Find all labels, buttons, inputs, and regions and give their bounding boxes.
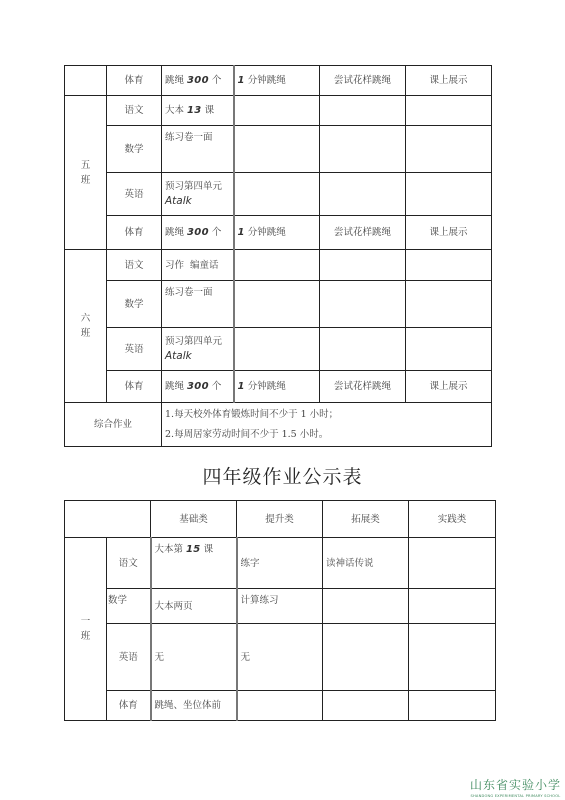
comprehensive-content: 1.每天校外体育锻炼时间不少于 1 小时； 2.每周居家劳动时间不少于 1.5 …	[162, 403, 492, 447]
table-row-class5-chinese: 五 班 语文 大本 13 课	[65, 96, 492, 126]
basic-cell: 预习第四单元 Atalk	[162, 173, 234, 216]
subject-cell: 英语	[107, 328, 162, 371]
table-row-class1-chinese: 一 班 语文 大本第 15 课 练字 读神话传说	[65, 538, 496, 589]
subject-cell: 数学	[107, 281, 162, 328]
basic-cell: 练习卷一面	[162, 281, 234, 328]
extend-cell	[323, 589, 409, 624]
improve-cell	[237, 691, 323, 721]
improve-cell: 1 分钟跳绳	[234, 66, 320, 96]
basic-cell: 跳绳 300 个	[162, 216, 234, 250]
school-logo-subtitle: SHANDONG EXPERIMENTAL PRIMARY SCHOOL	[468, 794, 563, 798]
subject-cell: 体育	[107, 371, 162, 403]
practice-cell	[406, 281, 492, 328]
subject-cell: 数学	[107, 589, 151, 624]
improve-cell: 1 分钟跳绳	[234, 371, 320, 403]
table-header-row: 基础类 提升类 拓展类 实践类	[65, 501, 496, 538]
improve-cell: 无	[237, 624, 323, 691]
practice-cell	[409, 538, 496, 589]
header-extend: 拓展类	[323, 501, 409, 538]
table-row-class5-math: 数学 练习卷一面	[65, 126, 492, 173]
basic-cell: 跳绳 300 个	[162, 371, 234, 403]
improve-cell: 练字	[237, 538, 323, 589]
improve-cell: 1 分钟跳绳	[234, 216, 320, 250]
improve-cell: 计算练习	[237, 589, 323, 624]
extend-cell	[323, 624, 409, 691]
basic-cell: 练习卷一面	[162, 126, 234, 173]
header-basic: 基础类	[151, 501, 237, 538]
table-row-class5-pe: 体育 跳绳 300 个 1 分钟跳绳 尝试花样跳绳 课上展示	[65, 216, 492, 250]
improve-cell	[234, 173, 320, 216]
subject-cell: 语文	[107, 250, 162, 281]
practice-cell	[406, 250, 492, 281]
table-row-class6-english: 英语 预习第四单元 Atalk	[65, 328, 492, 371]
school-logo: 山东省实验小学 SHANDONG EXPERIMENTAL PRIMARY SC…	[468, 776, 563, 798]
extend-cell	[320, 250, 406, 281]
class-label-cell-6: 六 班	[65, 250, 107, 403]
practice-cell: 课上展示	[406, 371, 492, 403]
class-label-char: 六	[68, 311, 103, 326]
subject-cell: 语文	[107, 538, 151, 589]
class-label-char: 班	[68, 173, 103, 188]
table-row-class6-math: 数学 练习卷一面	[65, 281, 492, 328]
practice-cell: 课上展示	[406, 216, 492, 250]
extend-cell: 尝试花样跳绳	[320, 66, 406, 96]
basic-cell: 无	[151, 624, 237, 691]
table-row-class5-english: 英语 预习第四单元 Atalk	[65, 173, 492, 216]
extend-cell	[320, 96, 406, 126]
improve-cell	[234, 250, 320, 281]
basic-cell: 预习第四单元 Atalk	[162, 328, 234, 371]
basic-cell: 习作 编童话	[162, 250, 234, 281]
header-improve: 提升类	[237, 501, 323, 538]
school-logo-name: 山东省实验小学	[468, 776, 563, 793]
extend-cell	[323, 691, 409, 721]
basic-cell: 大本第 15 课	[151, 538, 237, 589]
practice-cell	[406, 328, 492, 371]
class-label-cell-5: 五 班	[65, 96, 107, 250]
extend-cell	[320, 281, 406, 328]
practice-cell	[406, 96, 492, 126]
extend-cell	[320, 126, 406, 173]
header-practice: 实践类	[409, 501, 496, 538]
table-row-class6-pe: 体育 跳绳 300 个 1 分钟跳绳 尝试花样跳绳 课上展示	[65, 371, 492, 403]
subject-cell: 英语	[107, 173, 162, 216]
basic-cell: 跳绳 300 个	[162, 66, 234, 96]
basic-cell: 大本两页	[151, 589, 237, 624]
subject-cell: 体育	[107, 216, 162, 250]
basic-cell: 跳绳、坐位体前	[151, 691, 237, 721]
homework-table-grade4: 基础类 提升类 拓展类 实践类 一 班 语文 大本第 15 课 练字 读神话传说…	[64, 500, 496, 721]
subject-cell: 英语	[107, 624, 151, 691]
homework-table-grade-continued: 体育 跳绳 300 个 1 分钟跳绳 尝试花样跳绳 课上展示 五 班 语文 大本…	[64, 65, 492, 447]
subject-cell: 数学	[107, 126, 162, 173]
header-corner	[65, 501, 151, 538]
practice-cell	[409, 624, 496, 691]
improve-cell	[234, 126, 320, 173]
page-title: 四年级作业公示表	[0, 462, 565, 489]
practice-cell	[409, 589, 496, 624]
extend-cell: 尝试花样跳绳	[320, 371, 406, 403]
extend-cell: 读神话传说	[323, 538, 409, 589]
basic-cell: 大本 13 课	[162, 96, 234, 126]
table-row-comprehensive: 综合作业 1.每天校外体育锻炼时间不少于 1 小时； 2.每周居家劳动时间不少于…	[65, 403, 492, 447]
practice-cell	[409, 691, 496, 721]
practice-cell	[406, 173, 492, 216]
practice-cell	[406, 126, 492, 173]
extend-cell	[320, 328, 406, 371]
improve-cell	[234, 328, 320, 371]
table-row-pe-prev: 体育 跳绳 300 个 1 分钟跳绳 尝试花样跳绳 课上展示	[65, 66, 492, 96]
improve-cell	[234, 281, 320, 328]
comprehensive-label: 综合作业	[65, 403, 162, 447]
class-label-char: 五	[68, 158, 103, 173]
subject-cell: 语文	[107, 96, 162, 126]
class-label-char: 一	[68, 614, 103, 629]
table-row-class6-chinese: 六 班 语文 习作 编童话	[65, 250, 492, 281]
class-label-cell-1: 一 班	[65, 538, 107, 721]
subject-cell: 体育	[107, 691, 151, 721]
extend-cell	[320, 173, 406, 216]
improve-cell	[234, 96, 320, 126]
practice-cell: 课上展示	[406, 66, 492, 96]
table-row-class1-english: 英语 无 无	[65, 624, 496, 691]
table-row-class1-math: 数学 大本两页 计算练习	[65, 589, 496, 624]
extend-cell: 尝试花样跳绳	[320, 216, 406, 250]
subject-cell: 体育	[107, 66, 162, 96]
table-row-class1-pe: 体育 跳绳、坐位体前	[65, 691, 496, 721]
class-cell-prev	[65, 66, 107, 96]
class-label-char: 班	[68, 629, 103, 644]
class-label-char: 班	[68, 326, 103, 341]
